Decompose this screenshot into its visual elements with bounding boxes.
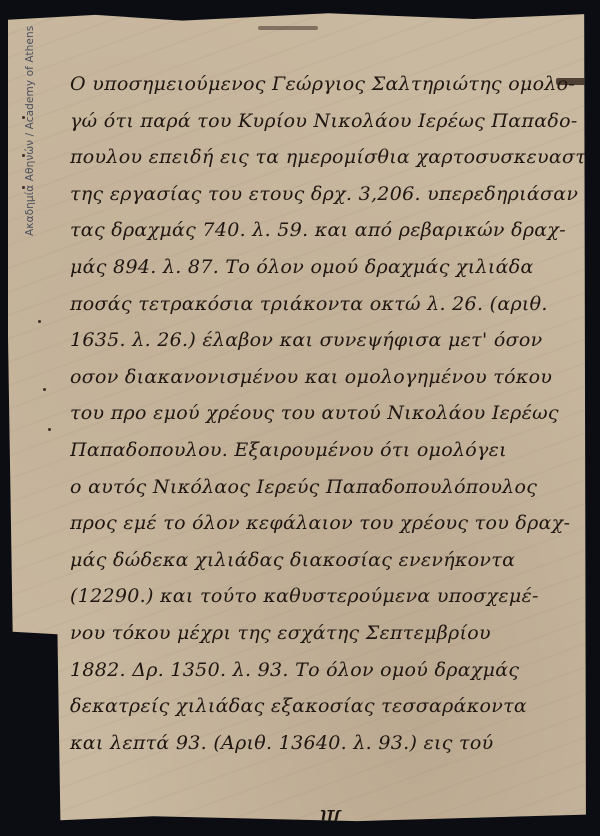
text-line: τας δραχμάς 740. λ. 59. και από ρεβαρικώ…	[70, 212, 600, 249]
text-line: ο αυτός Νικόλαος Ιερεύς Παπαδοπουλόπουλο…	[70, 469, 600, 506]
document-viewer: Ο υποσημειούμενος Γεώργιος Σαλτηριώτης ο…	[0, 0, 600, 836]
text-line: της εργασίας του ετους δρχ. 3,206. υπερε…	[70, 176, 600, 213]
margin-mark	[48, 428, 51, 431]
text-line: του προ εμού χρέους του αυτού Νικολάου Ι…	[70, 395, 600, 432]
manuscript-page: Ο υποσημειούμενος Γεώργιος Σαλτηριώτης ο…	[8, 10, 590, 826]
text-line: δεκατρείς χιλιάδας εξακοσίας τεσσαράκοντ…	[70, 688, 600, 725]
text-line: νου τόκου μέχρι της εσχάτης Σεπτεμβρίου	[70, 615, 600, 652]
text-line: οσον διακανονισμένου και ομολογημένου τό…	[70, 359, 600, 396]
text-line: πουλου επειδή εις τα ημερομίσθια χαρτοσυ…	[70, 139, 600, 176]
text-line: 1635. λ. 26.) έλαβον και συνεψήφισα μετ'…	[70, 322, 600, 359]
manuscript-text: Ο υποσημειούμενος Γεώργιος Σαλτηριώτης ο…	[70, 66, 600, 761]
text-line: 1882. Δρ. 1350. λ. 93. Το όλον ομού δραχ…	[70, 652, 600, 689]
signature-mark: Ψ	[318, 806, 341, 836]
text-line: (12290.) και τούτο καθυστερούμενα υποσχε…	[70, 578, 600, 615]
margin-mark	[38, 320, 41, 323]
margin-mark	[43, 388, 46, 391]
archive-watermark: Ακαδημία Αθηνών / Academy of Athens	[24, 26, 36, 236]
text-line: προς εμέ το όλον κεφάλαιον του χρέους το…	[70, 505, 600, 542]
margin-stroke	[39, 778, 56, 805]
text-line: ποσάς τετρακόσια τριάκοντα οκτώ λ. 26. (…	[70, 286, 600, 323]
text-line: γώ ότι παρά του Κυρίου Νικολάου Ιερέως Π…	[70, 103, 600, 140]
text-line: μάς δώδεκα χιλιάδας διακοσίας ενενήκοντα	[70, 542, 600, 579]
ink-stain	[258, 26, 318, 30]
text-line: μάς 894. λ. 87. Το όλον ομού δραχμάς χιλ…	[70, 249, 600, 286]
text-line: και λεπτά 93. (Αριθ. 13640. λ. 93.) εις …	[70, 725, 600, 762]
ink-stain	[586, 180, 594, 192]
text-line: Παπαδοπουλου. Εξαιρουμένου ότι ομολόγει	[70, 432, 600, 469]
text-line: Ο υποσημειούμενος Γεώργιος Σαλτηριώτης ο…	[70, 66, 600, 103]
